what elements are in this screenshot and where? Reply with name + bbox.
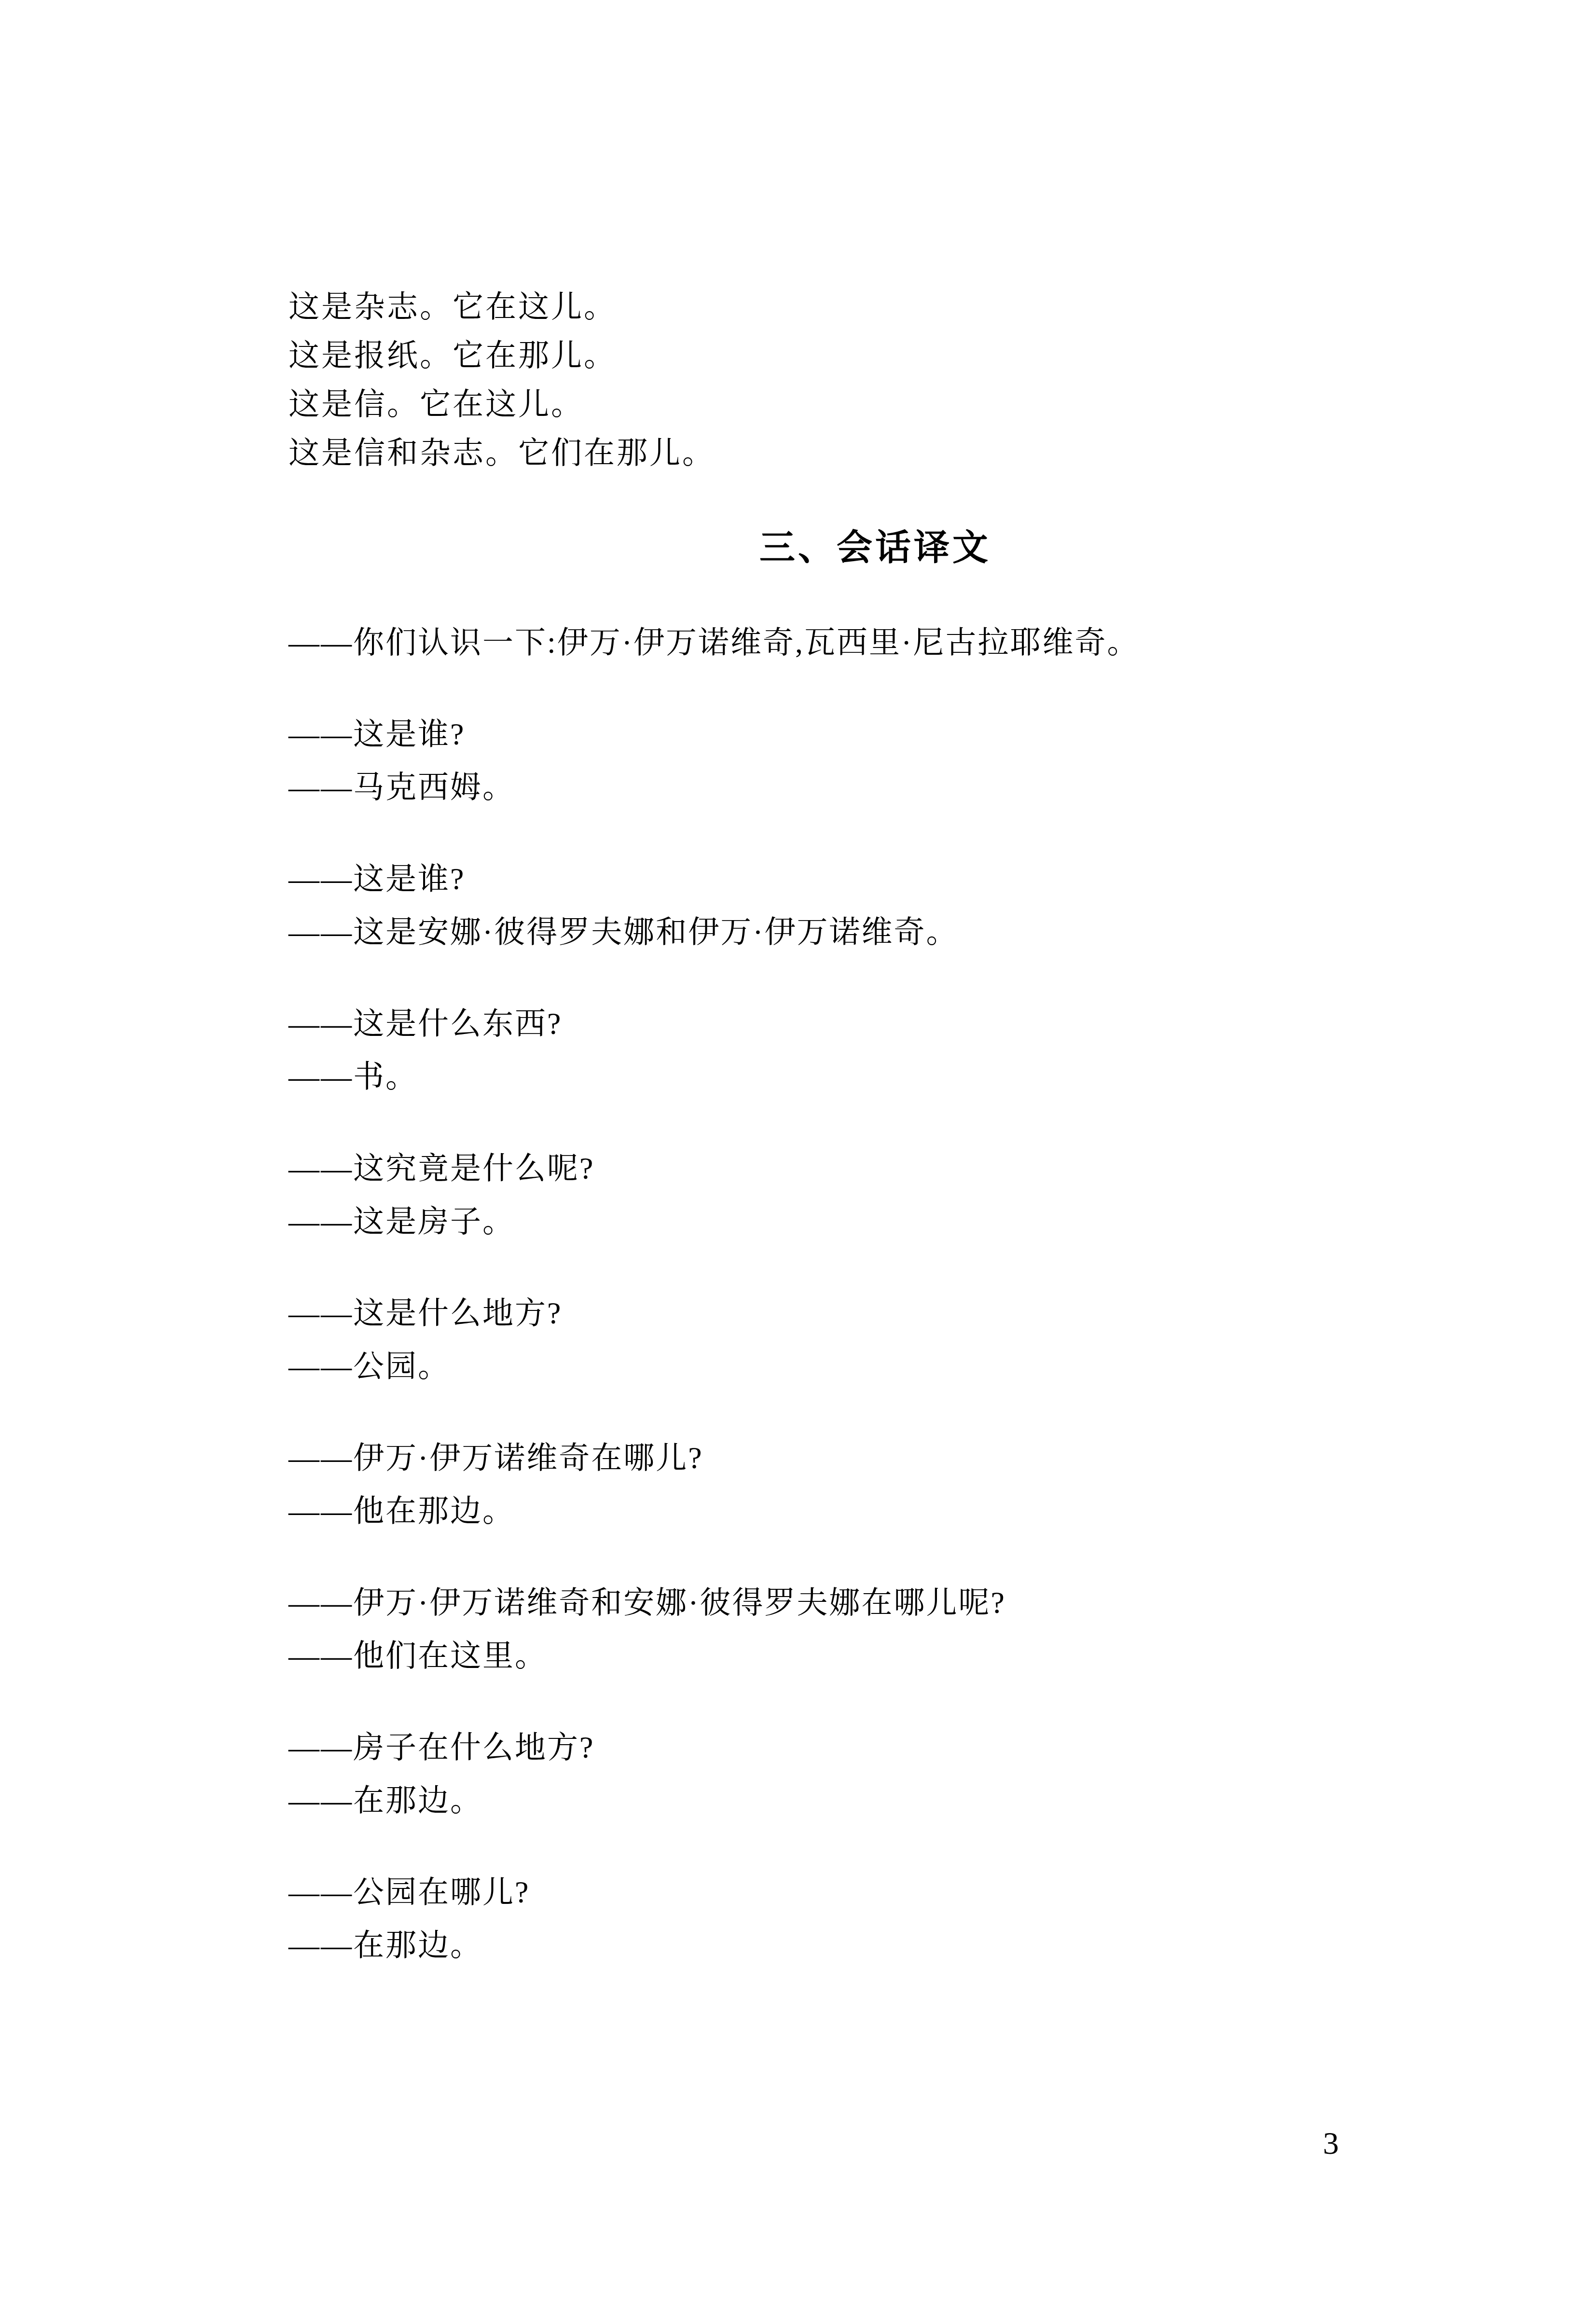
dialog-line: ——伊万·伊万诺维奇在哪儿?: [289, 1432, 1462, 1485]
dialog-line: ——书。: [289, 1050, 1462, 1103]
section-heading: 三、会话译文: [289, 522, 1462, 575]
intro-line: 这是报纸。它在那儿。: [289, 331, 1462, 380]
page-number: 3: [1323, 2127, 1339, 2161]
dialog-line: ——在那边。: [289, 1774, 1462, 1827]
dialog-line: ——这是谁?: [289, 708, 1462, 761]
dialog-line: ——这是安娜·彼得罗夫娜和伊万·伊万诺维奇。: [289, 906, 1462, 959]
dialog-group: ——伊万·伊万诺维奇和安娜·彼得罗夫娜在哪儿呢? ——他们在这里。: [289, 1576, 1462, 1682]
intro-line: 这是信。它在这儿。: [289, 380, 1462, 428]
dialog-group: ——房子在什么地方? ——在那边。: [289, 1721, 1462, 1827]
dialog-line: ——公园在哪儿?: [289, 1866, 1462, 1919]
dialog-line: ——房子在什么地方?: [289, 1721, 1462, 1774]
document-page: 这是杂志。它在这儿。 这是报纸。它在那儿。 这是信。它在这儿。 这是信和杂志。它…: [0, 0, 1596, 2314]
intro-line: 这是杂志。它在这儿。: [289, 282, 1462, 331]
dialog-line: ——这是房子。: [289, 1195, 1462, 1248]
intro-paragraph: 这是杂志。它在这儿。 这是报纸。它在那儿。 这是信。它在这儿。 这是信和杂志。它…: [289, 282, 1462, 477]
dialog-group: ——伊万·伊万诺维奇在哪儿? ——他在那边。: [289, 1432, 1462, 1538]
intro-line: 这是信和杂志。它们在那儿。: [289, 428, 1462, 477]
dialog-group: ——你们认识一下:伊万·伊万诺维奇,瓦西里·尼古拉耶维奇。: [289, 616, 1462, 669]
dialog-line: ——在那边。: [289, 1919, 1462, 1972]
dialog-group: ——这究竟是什么呢? ——这是房子。: [289, 1142, 1462, 1248]
dialog-line: ——他们在这里。: [289, 1629, 1462, 1682]
dialog-group: ——公园在哪儿? ——在那边。: [289, 1866, 1462, 1972]
text-block: 这是杂志。它在这儿。 这是报纸。它在那儿。 这是信。它在这儿。 这是信和杂志。它…: [289, 282, 1462, 2011]
dialog-group: ——这是什么地方? ——公园。: [289, 1287, 1462, 1393]
dialog-line: ——伊万·伊万诺维奇和安娜·彼得罗夫娜在哪儿呢?: [289, 1576, 1462, 1629]
dialog-line: ——这究竟是什么呢?: [289, 1142, 1462, 1195]
dialog-line: ——这是什么东西?: [289, 997, 1462, 1050]
dialog-line: ——你们认识一下:伊万·伊万诺维奇,瓦西里·尼古拉耶维奇。: [289, 616, 1462, 669]
dialog-translation-section: ——你们认识一下:伊万·伊万诺维奇,瓦西里·尼古拉耶维奇。 ——这是谁? ——马…: [289, 616, 1462, 1972]
dialog-group: ——这是什么东西? ——书。: [289, 997, 1462, 1103]
dialog-line: ——这是什么地方?: [289, 1287, 1462, 1340]
dialog-line: ——他在那边。: [289, 1485, 1462, 1538]
dialog-line: ——这是谁?: [289, 853, 1462, 906]
dialog-group: ——这是谁? ——马克西姆。: [289, 708, 1462, 814]
dialog-line: ——马克西姆。: [289, 761, 1462, 814]
dialog-line: ——公园。: [289, 1340, 1462, 1393]
dialog-group: ——这是谁? ——这是安娜·彼得罗夫娜和伊万·伊万诺维奇。: [289, 853, 1462, 959]
